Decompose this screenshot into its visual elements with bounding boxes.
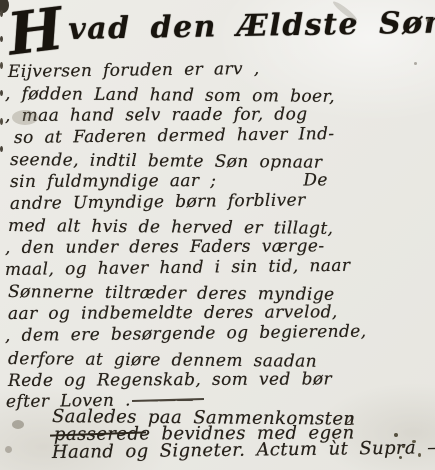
binding-mark bbox=[0, 62, 3, 69]
paper-speck bbox=[414, 62, 417, 65]
heading-text: vad den Ældste Søn Ole bbox=[68, 4, 435, 47]
text-line: Sønnerne tiltræder deres myndige bbox=[8, 282, 335, 305]
closing-line: Haand og Signeter. Actum ùt Supra — bbox=[52, 438, 435, 463]
binding-mark bbox=[0, 10, 3, 17]
text-line: derfore at giøre dennem saadan bbox=[8, 349, 317, 372]
binding-mark bbox=[0, 146, 3, 152]
text-line: , den under deres Faders værge- bbox=[5, 236, 325, 258]
text-line: maal, og haver hand i sin tid, naar bbox=[5, 256, 351, 280]
paper-stain bbox=[5, 446, 12, 453]
text-line: so at Faderen dermed haver Ind- bbox=[14, 124, 335, 148]
paper-speck bbox=[394, 433, 398, 437]
text-line: , maa hand selv raade for, dog bbox=[5, 104, 308, 126]
text-line: , fødden Land hand som om boer, bbox=[5, 84, 335, 107]
text-line: , dem ere besørgende og begierende, bbox=[5, 322, 367, 346]
text-line: sin fuldmyndige aar ; De bbox=[10, 170, 328, 192]
binding-mark bbox=[0, 36, 3, 42]
text-line: med alt hvis de herved er tillagt, bbox=[8, 216, 334, 239]
paper-stain bbox=[12, 420, 24, 429]
text-line: Rede og Regenskab, som ved bør bbox=[8, 369, 332, 391]
binding-mark bbox=[0, 118, 3, 125]
heading-line: Hvad den Ældste Søn Ole bbox=[8, 3, 435, 52]
flourish-initial: H bbox=[6, 8, 67, 55]
binding-mark bbox=[0, 90, 3, 96]
insertion-mark: 2 bbox=[345, 414, 353, 429]
text-line: andre Umyndige børn forbliver bbox=[10, 190, 306, 214]
manuscript-page: Hvad den Ældste Søn Ole Eijversen forude… bbox=[0, 0, 435, 470]
text-line: Eijversen foruden er arv , bbox=[8, 59, 260, 82]
text-line: aar og indbemeldte deres arvelod, bbox=[8, 302, 338, 324]
text-line: seende, indtil bemte Søn opnaar bbox=[10, 150, 323, 173]
